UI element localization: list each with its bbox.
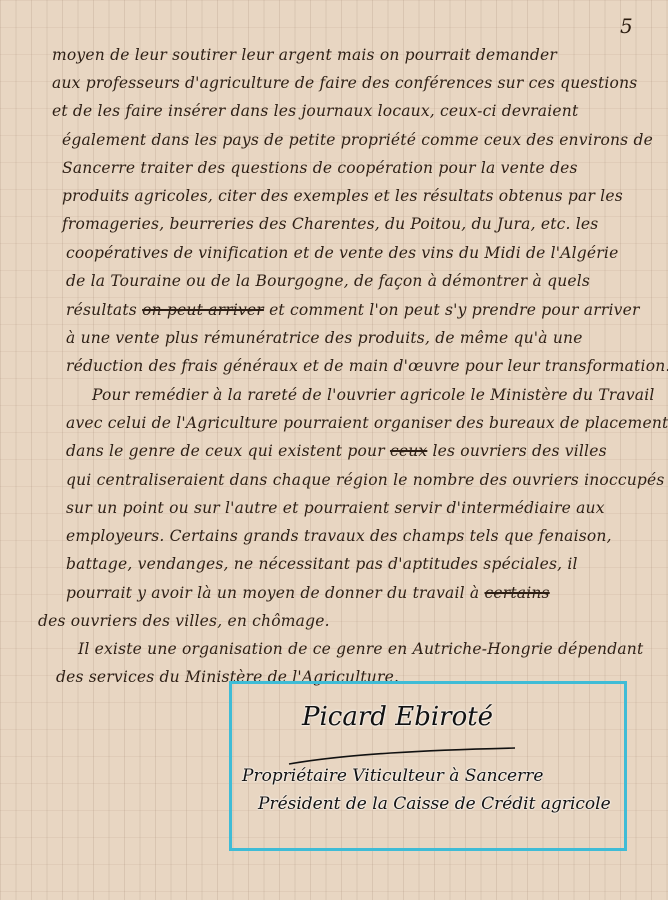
manuscript-line: Pour remédier à la rareté de l'ouvrier a… [92,386,655,404]
manuscript-line: avec celui de l'Agriculture pourraient o… [66,414,668,432]
line-text: et de les faire insérer dans les journau… [52,102,578,120]
manuscript-line: réduction des frais généraux et de main … [66,357,668,375]
manuscript-line: pourrait y avoir là un moyen de donner d… [66,584,550,602]
manuscript-line: fromageries, beurreries des Charentes, d… [62,215,598,233]
manuscript-page: 5 moyen de leur soutirer leur argent mai… [0,0,668,900]
manuscript-line: et de les faire insérer dans les journau… [52,102,578,120]
page-number: 5 [620,14,633,38]
line-text-continued: les ouvriers des villes [432,442,606,460]
line-text: sur un point ou sur l'autre et pourraien… [66,499,605,517]
line-text: battage, vendanges, ne nécessitant pas d… [66,555,578,573]
manuscript-line: battage, vendanges, ne nécessitant pas d… [66,555,578,573]
manuscript-line: employeurs. Certains grands travaux des … [66,527,612,545]
line-text: employeurs. Certains grands travaux des … [66,527,612,545]
signature-title-line-2: Président de la Caisse de Crédit agricol… [258,794,611,814]
manuscript-line: des ouvriers des villes, en chômage. [38,612,330,630]
line-text: avec celui de l'Agriculture pourraient o… [66,414,668,432]
manuscript-line: qui centraliseraient dans chaque région … [66,471,665,489]
manuscript-line: produits agricoles, citer des exemples e… [62,187,623,205]
manuscript-line: résultats on peut arriver et comment l'o… [66,301,640,319]
line-text: Pour remédier à la rareté de l'ouvrier a… [92,386,655,404]
line-text: également dans les pays de petite propri… [62,131,653,149]
line-text: dans le genre de ceux qui existent pour [66,442,385,460]
line-text: Il existe une organisation de ce genre e… [78,640,643,658]
struck-through-text: ceux [390,442,427,460]
manuscript-line: à une vente plus rémunératrice des produ… [66,329,583,347]
line-text: réduction des frais généraux et de main … [66,357,668,375]
line-text: coopératives de vinification et de vente… [66,244,618,262]
manuscript-line: sur un point ou sur l'autre et pourraien… [66,499,605,517]
line-text: qui centraliseraient dans chaque région … [66,471,665,489]
line-text: résultats [66,301,137,319]
manuscript-line: coopératives de vinification et de vente… [66,244,618,262]
signature-name: Picard Ebiroté [302,702,493,732]
line-text-continued: et comment l'on peut s'y prendre pour ar… [269,301,640,319]
line-text: des ouvriers des villes, en chômage. [38,612,330,630]
line-text: moyen de leur soutirer leur argent mais … [52,46,557,64]
manuscript-line: de la Touraine ou de la Bourgogne, de fa… [66,272,590,290]
line-text: produits agricoles, citer des exemples e… [62,187,623,205]
struck-through-text: certains [484,584,549,602]
signature-highlight-box: Picard Ebiroté Propriétaire Viticulteur … [229,681,627,851]
line-text: de la Touraine ou de la Bourgogne, de fa… [66,272,590,290]
line-text: pourrait y avoir là un moyen de donner d… [66,584,479,602]
manuscript-line: Il existe une organisation de ce genre e… [78,640,643,658]
line-text: Sancerre traiter des questions de coopér… [62,159,578,177]
manuscript-line: aux professeurs d'agriculture de faire d… [52,74,637,92]
signature-flourish-icon [287,744,517,768]
manuscript-line: dans le genre de ceux qui existent pour … [66,442,607,460]
manuscript-line: moyen de leur soutirer leur argent mais … [52,46,557,64]
line-text: aux professeurs d'agriculture de faire d… [52,74,637,92]
line-text: à une vente plus rémunératrice des produ… [66,329,583,347]
manuscript-line: Sancerre traiter des questions de coopér… [62,159,578,177]
struck-through-text: on peut arriver [142,301,264,319]
manuscript-line: également dans les pays de petite propri… [62,131,653,149]
line-text: fromageries, beurreries des Charentes, d… [62,215,598,233]
signature-title-line-1: Propriétaire Viticulteur à Sancerre [242,766,543,786]
